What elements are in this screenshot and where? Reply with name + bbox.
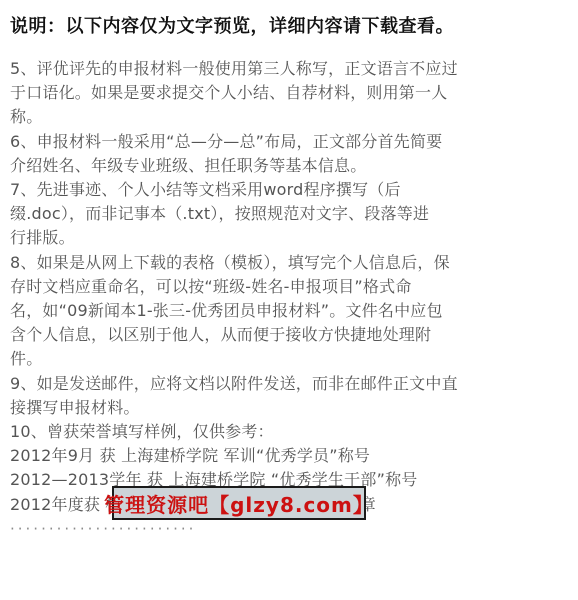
preview-line: 件。 (10, 347, 458, 371)
document-preview-page: 说明：以下内容仅为文字预览，详细内容请下载查看。 5、评优评先的申报材料一般使用… (0, 0, 578, 600)
preview-line: 于口语化。如果是要求提交个人小结、自荐材料，则用第一人 (10, 81, 458, 105)
preview-line: 存时文档应重命名，可以按“班级-姓名-申报项目”格式命 (10, 275, 458, 299)
preview-line: 名，如“09新闻本1-张三-优秀团员申报材料”。文件名中应包 (10, 299, 458, 323)
preview-line: 9、如是发送邮件，应将文档以附件发送，而非在邮件正文中直 (10, 372, 458, 396)
honor-line: 2012年9月 获 上海建桥学院 军训“优秀学员”称号 (10, 444, 458, 468)
preview-line: 5、评优评先的申报材料一般使用第三人称写，正文语言不应过 (10, 57, 458, 81)
preview-line: 7、先进事迹、个人小结等文档采用word程序撰写（后 (10, 178, 458, 202)
watermark-badge: 管理资源吧【glzy8.com】 (112, 486, 366, 520)
preview-line: 缀.doc），而非记事本（.txt），按照规范对文字、段落等进 (10, 202, 458, 226)
preview-line: 含个人信息，以区别于他人，从而便于接收方快捷地处理附 (10, 323, 458, 347)
preview-line: 接撰写申报材料。 (10, 396, 458, 420)
preview-line: 10、曾获荣誉填写样例，仅供参考： (10, 420, 458, 444)
preview-line: 行排版。 (10, 226, 458, 250)
preview-notice-heading: 说明：以下内容仅为文字预览，详细内容请下载查看。 (10, 12, 454, 38)
preview-line: 8、如果是从网上下载的表格（模板），填写完个人信息后，保 (10, 251, 458, 275)
ellipsis-line: ························ (10, 517, 458, 541)
preview-line: 介绍姓名、年级专业班级、担任职务等基本信息。 (10, 154, 458, 178)
preview-line: 称。 (10, 105, 458, 129)
watermark-label: 管理资源吧【glzy8.com】 (104, 489, 374, 518)
preview-text-block: 5、评优评先的申报材料一般使用第三人称写，正文语言不应过 于口语化。如果是要求提… (10, 57, 458, 541)
preview-line: 6、申报材料一般采用“总—分—总”布局，正文部分首先简要 (10, 130, 458, 154)
